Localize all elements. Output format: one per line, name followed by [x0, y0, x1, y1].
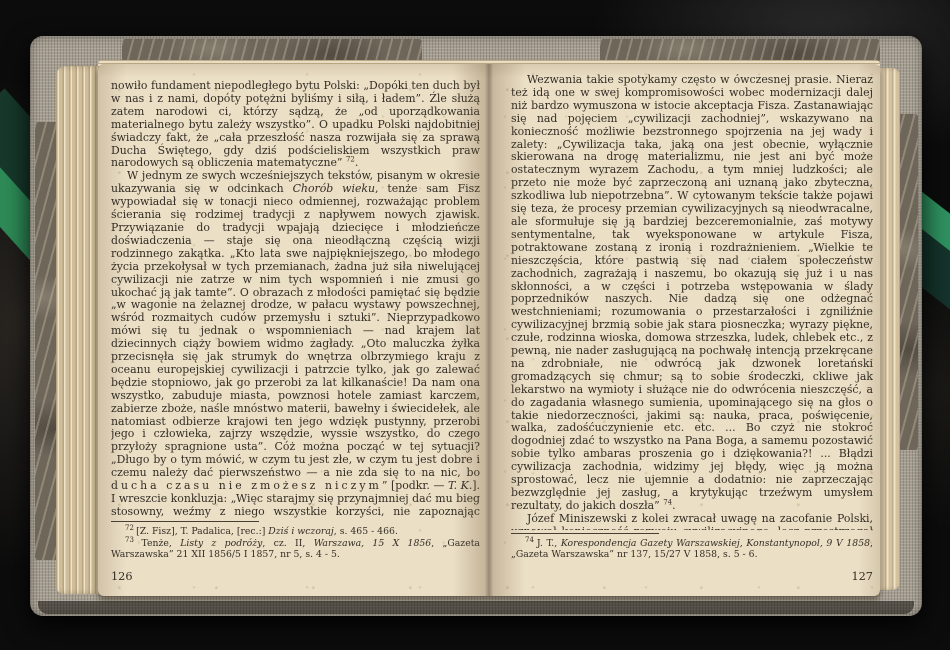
left-page-body: nowiło fundament niepodległego bytu Pols… — [111, 80, 480, 518]
text-run: J. T., — [537, 538, 561, 549]
text-run: nowiło fundament niepodległego bytu Pols… — [111, 80, 480, 169]
text-run: Józef Miniszewski z kolei zwracał uwagę … — [511, 512, 873, 530]
text-run: T. K. — [448, 479, 472, 492]
open-book: nowiło fundament niepodległego bytu Pols… — [30, 36, 922, 616]
text-run: ducha czasu nie zmożesz niczym — [111, 479, 382, 492]
text-run: 72 — [346, 156, 355, 164]
footnote: 72 [Z. Fisz], T. Padalica, [rec.:] Dziś … — [111, 526, 480, 538]
text-run: 74 — [525, 536, 537, 544]
paragraph: Józef Miniszewski z kolei zwracał uwagę … — [511, 513, 873, 530]
text-run: Wezwania takie spotykamy często w ówczes… — [511, 74, 873, 512]
text-run: 72 — [125, 524, 136, 532]
paragraph: nowiło fundament niepodległego bytu Pols… — [111, 80, 480, 170]
text-run: ” [podkr. — — [382, 479, 448, 492]
left-page-footnotes: 72 [Z. Fisz], T. Padalica, [rec.:] Dziś … — [111, 526, 480, 561]
cover-marble-top-left — [122, 39, 422, 62]
right-page-footer: 74 J. T., Korespondencja Gazety Warszaws… — [511, 530, 873, 583]
text-run: [Z. Fisz], T. Padalica, [rec.:] — [136, 526, 268, 537]
footnote-rule — [111, 521, 259, 522]
page-block: nowiło fundament niepodległego bytu Pols… — [56, 60, 900, 596]
text-run: Listy z podróży — [180, 538, 262, 549]
page-number-right: 127 — [511, 570, 873, 583]
footnote-rule — [511, 533, 659, 534]
right-page-footnotes: 74 J. T., Korespondencja Gazety Warszaws… — [511, 538, 873, 561]
left-page-footer: 72 [Z. Fisz], T. Padalica, [rec.:] Dziś … — [111, 518, 480, 583]
text-run: Tenże, — [142, 538, 181, 549]
text-run: 73 — [125, 536, 142, 544]
right-page-body: Wezwania takie spotykamy często w ówczes… — [511, 74, 873, 530]
text-run: . — [355, 156, 358, 169]
text-run: Korespondencja Gazety Warszawskiej, Kons… — [561, 538, 870, 549]
right-page: Wezwania takie spotykamy często w ówczes… — [489, 64, 880, 596]
footnote: 73 Tenże, Listy z podróży, cz. II, Warsz… — [111, 538, 480, 561]
text-run: , cz. II, — [262, 538, 313, 549]
page-edges-right — [878, 68, 900, 590]
page-edges-left — [56, 66, 100, 594]
cover-bottom-shadow — [38, 601, 914, 614]
text-run: Chorób wieku — [293, 182, 375, 195]
text-run: , tenże sam Fisz wypowiadał się w tonacj… — [111, 182, 480, 479]
text-run: , s. 465 - 466. — [334, 526, 398, 537]
cover-marble-top-right — [600, 39, 880, 62]
paragraph: Wezwania takie spotykamy często w ówczes… — [511, 74, 873, 513]
footnote: 74 J. T., Korespondencja Gazety Warszaws… — [511, 538, 873, 561]
text-run: Warszawa, 15 X 1856 — [314, 538, 432, 549]
text-run: Dziś i wczoraj — [268, 526, 334, 537]
left-page: nowiło fundament niepodległego bytu Pols… — [98, 64, 489, 596]
page-spread: nowiło fundament niepodległego bytu Pols… — [98, 64, 880, 596]
page-number-left: 126 — [111, 570, 480, 583]
text-run: 74 — [663, 498, 672, 506]
text-run: . — [672, 499, 675, 512]
paragraph: W jednym ze swych wcześniejszych tekstów… — [111, 170, 480, 518]
